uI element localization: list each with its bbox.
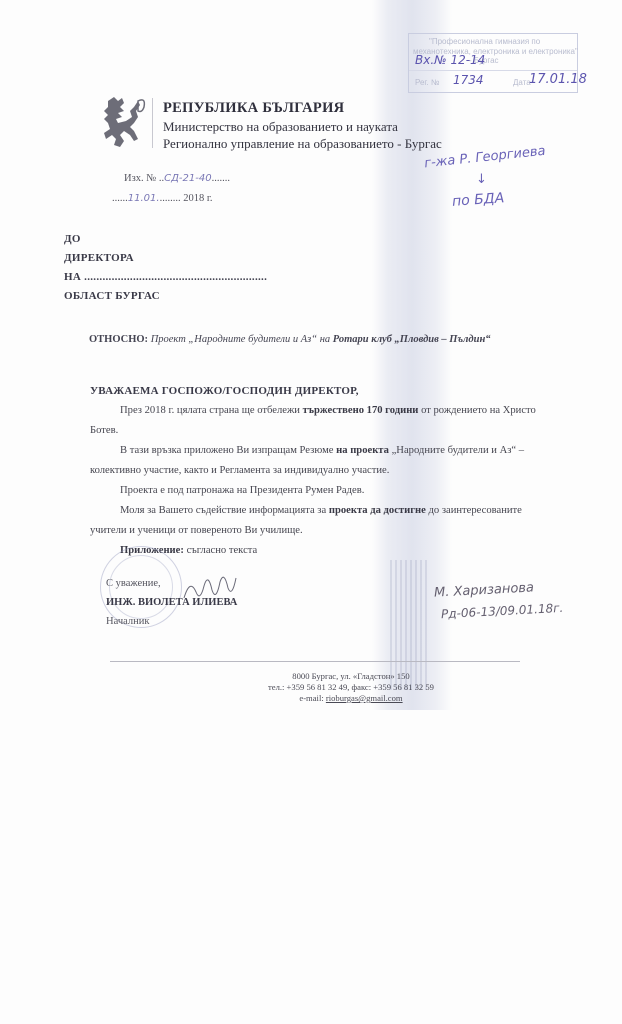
addressee-line2: ДИРЕКТОРА — [64, 252, 134, 264]
letterhead-divider — [152, 98, 153, 148]
signer-role: Началник — [106, 616, 149, 627]
p4-end: до заинтересованите — [428, 505, 521, 516]
closing: С уважение, — [106, 578, 161, 589]
p2-end: „Народните будители и Аз“ – — [392, 445, 524, 456]
resolution-line3: по БДА — [452, 190, 505, 210]
subject-text-part2: Ротари клуб „Пловдив – Пълдин“ — [333, 334, 491, 345]
paragraph-1: През 2018 г. цялата страна ще отбележи т… — [120, 405, 536, 416]
p1-end: от рождението на Христо — [421, 405, 536, 416]
registration-stamp: "Професионална гимназия по механотехника… — [408, 33, 578, 93]
p2-bold: на проекта — [336, 445, 389, 456]
attachment-text: съгласно текста — [187, 545, 258, 556]
stamp-date-value: 17.01.18 — [529, 72, 587, 87]
stamp-reg-label: Рег. № — [415, 78, 439, 87]
paragraph-4-cont: учители и ученици от повереното Ви учили… — [90, 525, 303, 536]
outgoing-number-label: Изх. № — [124, 173, 156, 184]
received-note-number: Рд-06-13/09.01.18г. — [441, 601, 564, 621]
footer-divider — [110, 661, 520, 662]
stamp-org-line1: "Професионална гимназия по — [429, 37, 540, 46]
letterhead-department: Регионално управление на образованието -… — [163, 136, 442, 152]
stamp-divider — [409, 70, 577, 71]
p4-bold: проекта да достигне — [329, 505, 426, 516]
p1-bold: тържествено 170 години — [303, 405, 419, 416]
scanned-letter-page: "Професионална гимназия по механотехника… — [0, 0, 622, 1024]
subject-label: ОТНОСНО: — [89, 334, 148, 345]
stamp-incoming-number: Вх.№ 12-14 — [415, 53, 485, 67]
outgoing-date: ......11.01......... 2018 г. — [112, 193, 213, 204]
footer-email-link[interactable]: rioburgas@gmail.com — [326, 693, 403, 703]
outgoing-date-value: 11.01. — [128, 193, 160, 204]
addressee-line3: НА .....................................… — [64, 271, 267, 283]
p4-start: Моля за Вашето съдействие информацията з… — [120, 505, 326, 516]
footer-email: e-mail: rioburgas@gmail.com — [40, 693, 622, 703]
paragraph-2-cont: колективно участие, както и Регламента з… — [90, 465, 389, 476]
footer-email-label: e-mail: — [299, 693, 323, 703]
letterhead-ministry: Министерство на образованието и науката — [163, 119, 398, 135]
addressee-line4: ОБЛАСТ БУРГАС — [64, 290, 160, 302]
footer-address: 8000 Бургас, ул. «Гладстон» 150 — [40, 671, 622, 681]
salutation: УВАЖАЕМА ГОСПОЖО/ГОСПОДИН ДИРЕКТОР, — [90, 385, 359, 397]
addressee-line1: ДО — [64, 233, 81, 245]
subject-text-part1: Проект „Народните будители и Аз“ на — [151, 334, 330, 345]
paragraph-1-cont: Ботев. — [90, 425, 118, 436]
stamp-reg-number: 1734 — [453, 73, 484, 87]
resolution-arrow: ↓ — [476, 172, 487, 187]
paragraph-3: Проекта е под патронажа на Президента Ру… — [120, 485, 364, 496]
outgoing-number: Изх. № ..СД-21-40....... — [124, 173, 230, 184]
lion-emblem-icon — [98, 95, 148, 151]
signer-name: ИНЖ. ВИОЛЕТА ИЛИЕВА — [106, 597, 237, 608]
paragraph-4: Моля за Вашето съдействие информацията з… — [120, 505, 522, 516]
paragraph-2: В тази връзка приложено Ви изпращам Резю… — [120, 445, 524, 456]
p1-start: През 2018 г. цялата страна ще отбележи — [120, 405, 300, 416]
outgoing-year: 2018 г. — [183, 193, 212, 204]
footer-phones: тел.: +359 56 81 32 49, факс: +359 56 81… — [40, 682, 622, 692]
outgoing-number-value: СД-21-40 — [164, 173, 211, 184]
subject-line: ОТНОСНО: Проект „Народните будители и Аз… — [89, 334, 491, 345]
letterhead-title: РЕПУБЛИКА БЪЛГАРИЯ — [163, 100, 344, 117]
p2-start: В тази връзка приложено Ви изпращам Резю… — [120, 445, 334, 456]
